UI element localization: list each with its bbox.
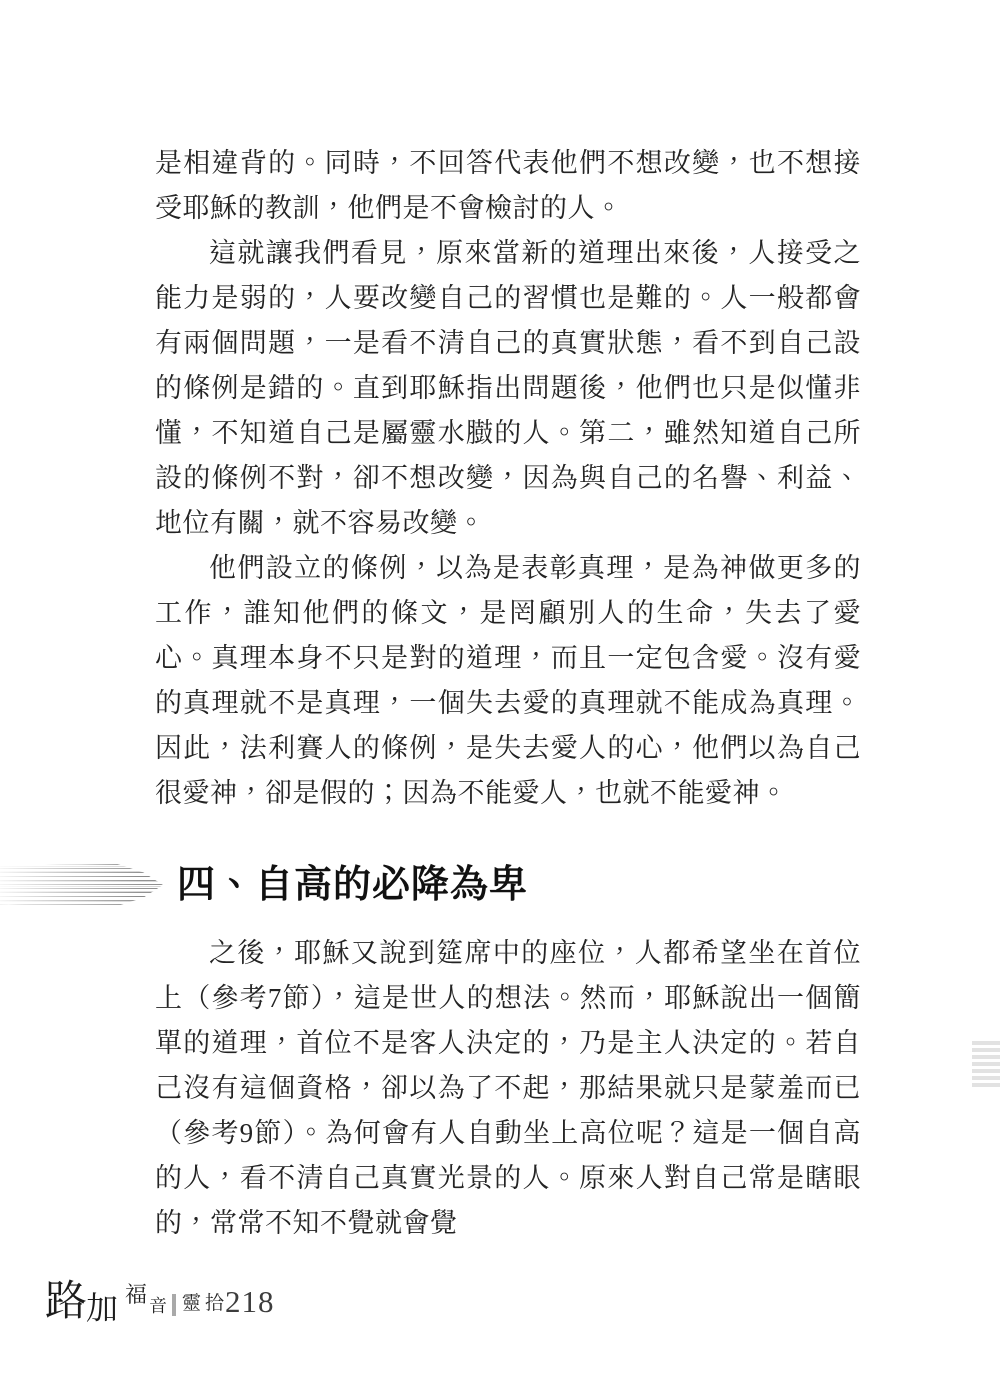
page-number: 218 <box>225 1286 275 1317</box>
series-label: 靈拾 <box>182 1294 228 1313</box>
body-text-upper: 是相違背的。同時，不回答代表他們不想改變，也不想接受耶穌的教訓，他們是不會檢討的… <box>155 141 861 816</box>
heading-speed-lines-decoration <box>0 864 163 906</box>
paragraph: 這就讓我們看見，原來當新的道理出來後，人接受之能力是弱的，人要改變自己的習慣也是… <box>155 231 861 546</box>
paragraph-continuation: 是相違背的。同時，不回答代表他們不想改變，也不想接受耶穌的教訓，他們是不會檢討的… <box>155 141 861 231</box>
book-title-char: 路 <box>45 1281 87 1323</box>
page-edge-stripe-decoration <box>972 1041 1000 1087</box>
book-title-char: 加 <box>86 1292 118 1324</box>
book-page: 是相違背的。同時，不回答代表他們不想改變，也不想接受耶穌的教訓，他們是不會檢討的… <box>0 0 1000 1390</box>
paragraph: 他們設立的條例，以為是表彰真理，是為神做更多的工作，誰知他們的條文，是罔顧別人的… <box>155 546 861 816</box>
page-footer: 路 加 福 音 靈拾 218 <box>45 1281 445 1331</box>
paragraph: 之後，耶穌又說到筵席中的座位，人都希望坐在首位上（參考7節），這是世人的想法。然… <box>155 931 861 1246</box>
section-heading: 四、自高的必降為卑 <box>177 862 528 908</box>
body-text-lower: 之後，耶穌又說到筵席中的座位，人都希望坐在首位上（參考7節），這是世人的想法。然… <box>155 931 861 1246</box>
book-title-char: 音 <box>149 1297 167 1315</box>
book-title-char: 福 <box>125 1284 147 1306</box>
footer-divider-bar <box>172 1294 176 1316</box>
